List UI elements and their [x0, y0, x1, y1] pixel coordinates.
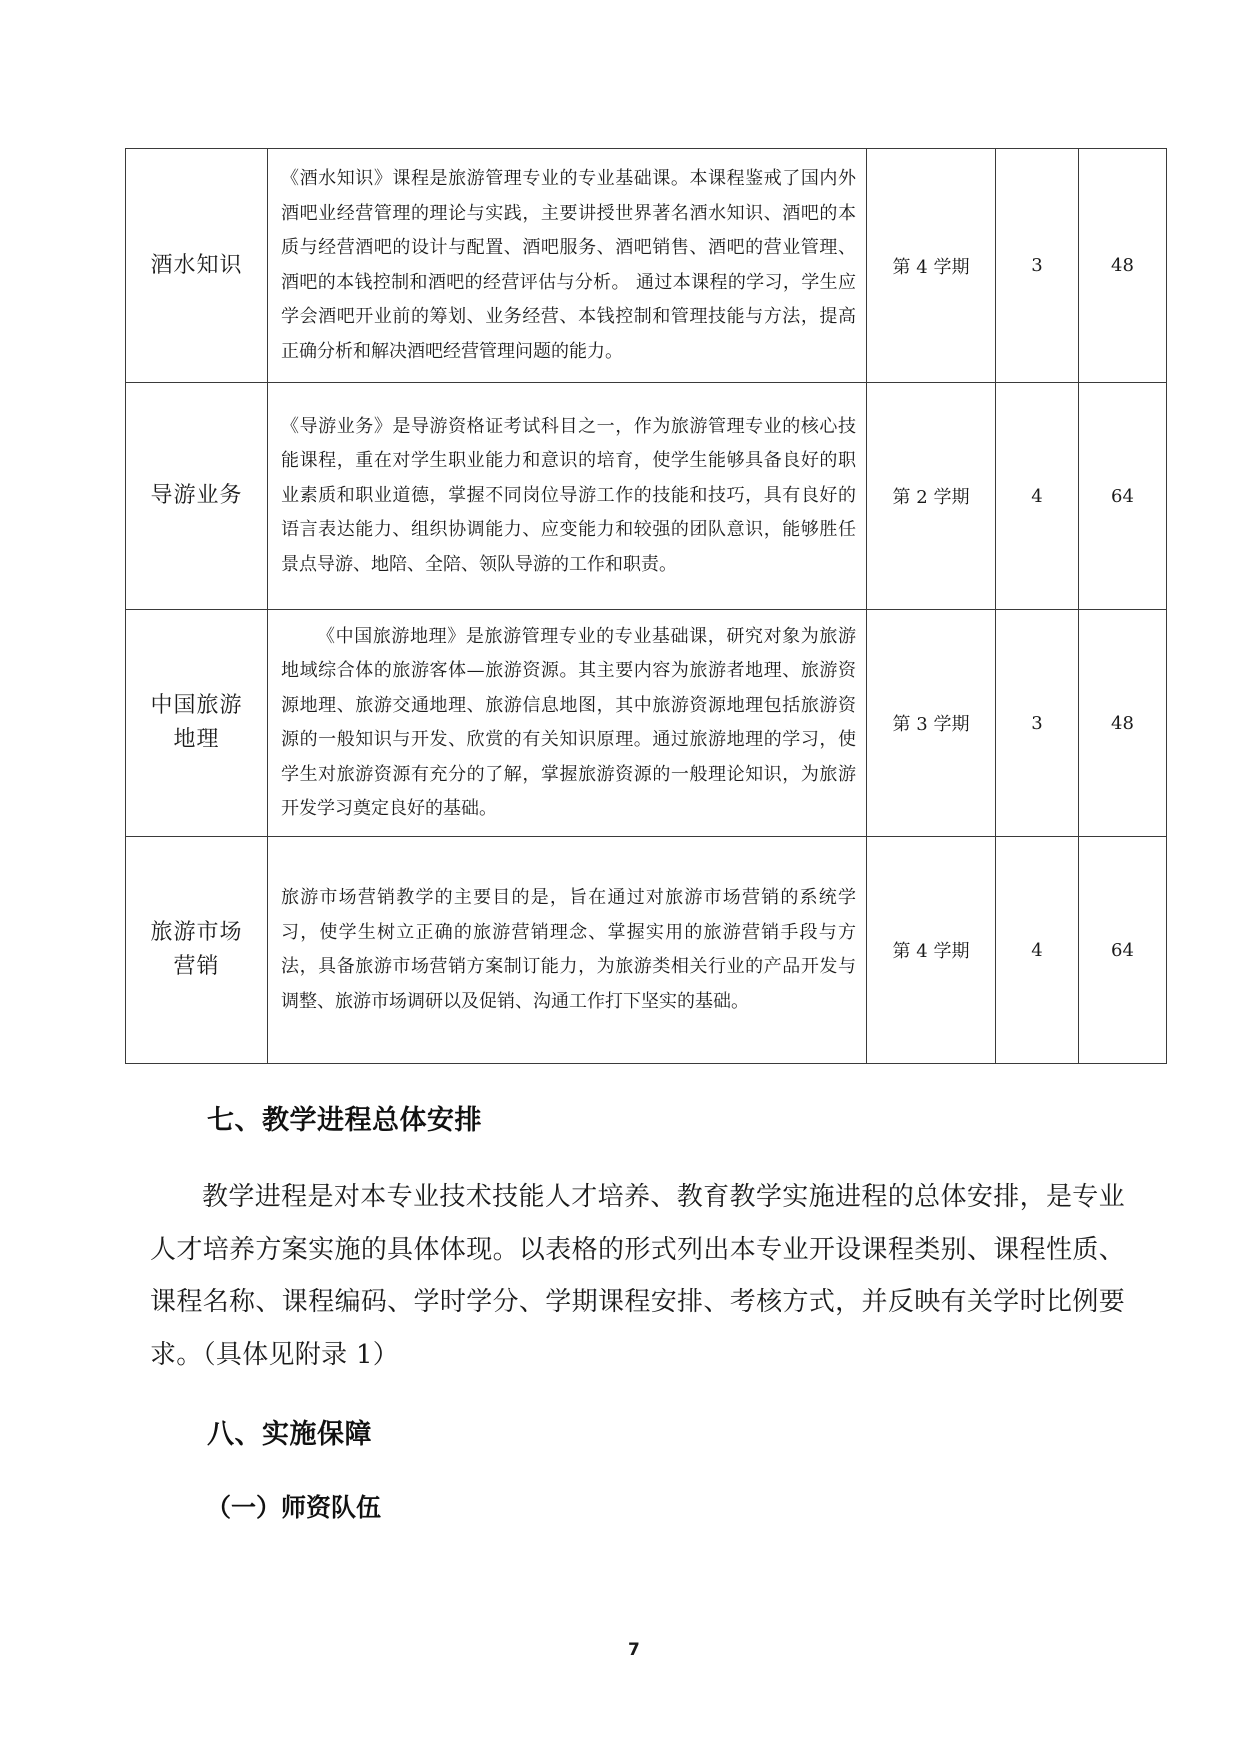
page-number: 7	[628, 1640, 640, 1660]
course-credits: 4	[996, 383, 1079, 610]
table-row: 酒水知识 《酒水知识》课程是旅游管理专业的专业基础课。本课程鉴戒了国内外酒吧业经…	[126, 149, 1167, 383]
subsection-heading: （一）师资队伍	[206, 1488, 381, 1524]
course-term: 第 4 学期	[867, 837, 996, 1064]
course-hours: 64	[1079, 383, 1167, 610]
table-row: 旅游市场营销 旅游市场营销教学的主要目的是，旨在通过对旅游市场营销的系统学习，使…	[126, 837, 1167, 1064]
course-credits: 4	[996, 837, 1079, 1064]
course-description: 旅游市场营销教学的主要目的是，旨在通过对旅游市场营销的系统学习，使学生树立正确的…	[268, 837, 867, 1064]
course-name: 旅游市场营销	[126, 837, 268, 1064]
table-row: 导游业务 《导游业务》是导游资格证考试科目之一，作为旅游管理专业的核心技能课程，…	[126, 383, 1167, 610]
course-hours: 64	[1079, 837, 1167, 1064]
table-row: 中国旅游地理 《中国旅游地理》是旅游管理专业的专业基础课，研究对象为旅游地域综合…	[126, 610, 1167, 837]
course-hours: 48	[1079, 149, 1167, 383]
course-hours: 48	[1079, 610, 1167, 837]
course-name: 中国旅游地理	[126, 610, 268, 837]
course-name: 酒水知识	[126, 149, 268, 383]
course-name: 导游业务	[126, 383, 268, 610]
document-page: 酒水知识 《酒水知识》课程是旅游管理专业的专业基础课。本课程鉴戒了国内外酒吧业经…	[0, 0, 1240, 1754]
section-7-paragraph: 教学进程是对本专业技术技能人才培养、教育教学实施进程的总体安排，是专业人才培养方…	[150, 1171, 1125, 1381]
course-term: 第 4 学期	[867, 149, 996, 383]
course-credits: 3	[996, 610, 1079, 837]
section-7-heading: 七、教学进程总体安排	[207, 1098, 482, 1137]
course-term: 第 2 学期	[867, 383, 996, 610]
course-description: 《中国旅游地理》是旅游管理专业的专业基础课，研究对象为旅游地域综合体的旅游客体—…	[268, 610, 867, 837]
course-credits: 3	[996, 149, 1079, 383]
course-description: 《酒水知识》课程是旅游管理专业的专业基础课。本课程鉴戒了国内外酒吧业经营管理的理…	[268, 149, 867, 383]
course-description: 《导游业务》是导游资格证考试科目之一，作为旅游管理专业的核心技能课程，重在对学生…	[268, 383, 867, 610]
section-8-heading: 八、实施保障	[207, 1412, 372, 1451]
course-table: 酒水知识 《酒水知识》课程是旅游管理专业的专业基础课。本课程鉴戒了国内外酒吧业经…	[125, 148, 1167, 1064]
course-term: 第 3 学期	[867, 610, 996, 837]
